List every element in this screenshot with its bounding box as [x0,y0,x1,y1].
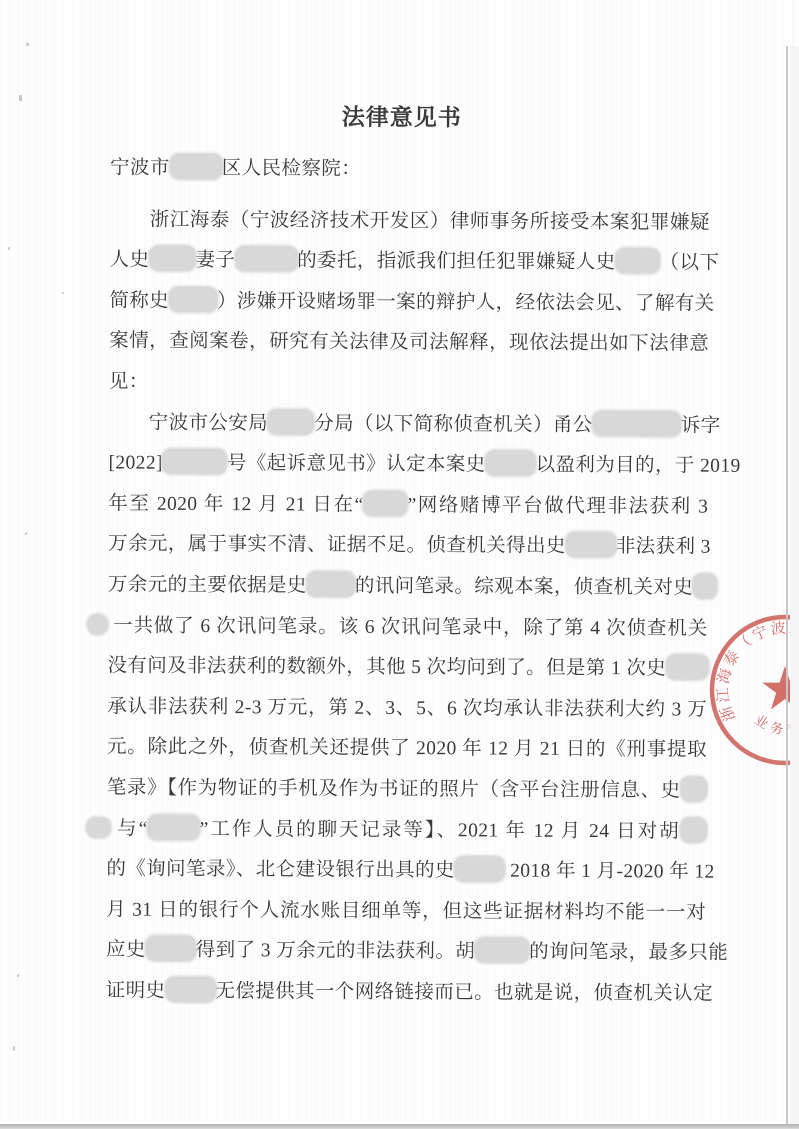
doc-line: 没有问及非法获利的数额外，其他 5 次均问到了。但是第 1 次史 [107,647,707,691]
redaction-box [88,614,108,634]
document-title: 法律意见书 [2,97,799,134]
scan-speck [62,292,64,294]
paragraph: 浙江海泰（宁波经济技术开发区）律师事务所接受本案犯罪嫌疑人史妻子的委托，指派我们… [109,200,710,406]
redaction-box [148,814,200,839]
paragraph: 宁波市公安局分局（以下简称侦查机关）甬公诉字[2022]号《起诉意见书》认定本案… [106,403,709,1015]
doc-line: 人史妻子的委托，指派我们担任犯罪嫌疑人史（以下 [109,241,709,285]
doc-line: 笔录》【作为物证的手机及作为书证的照片（含平台注册信息、史 [107,768,707,812]
redaction-box [169,287,217,312]
redaction-box [616,248,660,273]
redaction-box [455,856,505,881]
scan-speck [13,1046,15,1051]
doc-line: 年至 2020 年 12 月 21 日在“”网络赌博平台做代理非法获利 3 [108,484,708,528]
scan-edge-right [786,46,788,1124]
redaction-box [146,936,196,961]
doc-line: 元。除此之外，侦查机关还提供了 2020 年 12 月 21 日的《刑事提取 [107,728,707,772]
doc-line: 万余元的主要依据是史的讯问笔录。综观本案，侦查机关对史 [108,565,708,609]
redaction-box [475,938,529,963]
doc-line: 宁波市区人民检察院： [110,148,710,192]
scan-speck [17,974,19,977]
redaction-box [165,977,215,1002]
doc-line: 的《询问笔录》、北仑建设银行出具的史 2018 年 1 月-2020 年 12 [106,850,706,894]
doc-line: [2022]号《起诉意见书》认定本案史以盈利为目的，于 2019 [108,444,708,488]
document-page: 法律意见书 宁波市区人民检察院：浙江海泰（宁波经济技术开发区）律师事务所接受本案… [0,0,799,1129]
doc-line: 证明史无偿提供其一个网络链接而已。也就是说，侦查机关认定 [106,971,706,1015]
redaction-box [149,246,195,271]
scan-edge-bottom [0,1124,799,1129]
redaction-box [307,571,355,596]
redaction-box [486,451,536,476]
doc-line: 应史得到了 3 万余元的非法获利。胡的询问笔录，最多只能 [106,931,706,975]
redaction-box [170,154,222,179]
scan-speck [25,532,27,535]
doc-line: 宁波市公安局分局（以下简称侦查机关）甬公诉字 [109,403,709,447]
doc-line: 浙江海泰（宁波经济技术开发区）律师事务所接受本案犯罪嫌疑 [110,200,710,244]
redaction-box [268,409,314,434]
redaction-box [235,246,297,271]
redaction-box [593,411,681,436]
official-seal-stamp: 浙江海泰（宁波经济技术开发 业务专 [660,560,799,822]
redaction-box [87,817,111,837]
doc-line: 一共做了 6 次讯问笔录。该 6 次讯问笔录中，除了第 4 次侦查机关 [108,606,708,650]
doc-line: 见： [109,362,709,406]
redaction-box [364,491,408,516]
doc-line: 与“”工作人员的聊天记录等】、2021 年 12 月 24 日对胡 [106,809,706,853]
scan-speck [8,247,10,250]
doc-line: 万余元，属于事实不清、证据不足。侦查机关得出史非法获利 3 [108,525,708,569]
redaction-box [163,449,227,474]
redaction-box [566,532,616,557]
document-body: 宁波市区人民检察院：浙江海泰（宁波经济技术开发区）律师事务所接受本案犯罪嫌疑人史… [106,148,711,1015]
scan-speck [26,43,29,46]
doc-line: 承认非法获利 2-3 万元，第 2、3、5、6 次均承认非法获利大约 3 万 [107,687,707,731]
scan-speck [19,95,22,101]
scan-edge-right-outer [790,46,799,1124]
doc-line: 简称史）涉嫌开设赌场罪一案的辩护人，经依法会见、了解有关 [109,281,709,325]
doc-line: 月 31 日的银行个人流水账目细单等，但这些证据材料均不能一一对 [106,890,706,934]
doc-line: 案情，查阅案卷，研究有关法律及司法解释，现依法提出如下法律意 [109,322,709,366]
